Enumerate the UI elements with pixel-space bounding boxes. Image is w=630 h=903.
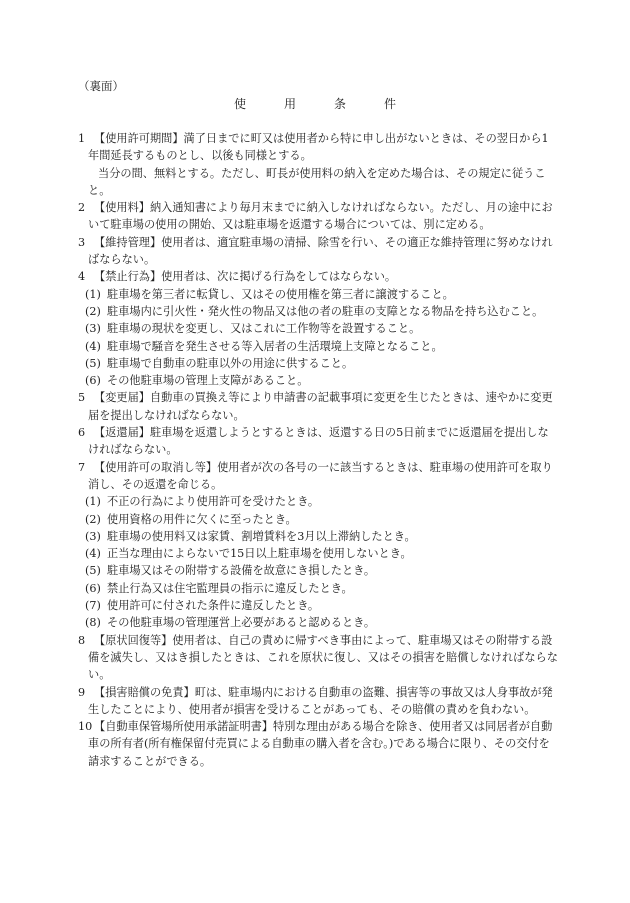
sub-item-text: 駐車場で自動車の駐車以外の用途に供すること。	[107, 357, 353, 370]
sub-item-number: (4)	[85, 338, 107, 355]
sub-item: (5)駐車場又はその附帯する設備を故意にき損したとき。	[78, 562, 558, 579]
sub-item: (4)正当な理由によらないで15日以上駐車場を使用しないとき。	[78, 545, 558, 562]
clause-heading: 【維持管理】	[94, 236, 161, 249]
sub-item-text: 駐車場内に引火性・発火性の物品又は他の者の駐車の支障となる物品を持ち込むこと。	[107, 305, 543, 318]
sub-item: (6)禁止行為又は住宅監理員の指示に違反したとき。	[78, 580, 558, 597]
sub-item-text: 不正の行為により使用許可を受けたとき。	[107, 495, 319, 508]
sub-item-text: 使用許可に付された条件に違反したとき。	[107, 599, 319, 612]
sub-item-number: (1)	[85, 493, 107, 510]
sub-item-text: 駐車場又はその附帯する設備を故意にき損したとき。	[107, 564, 375, 577]
clause-text: 自動車の買換え等により申請書の記載事項に変更を生じたときは、速やかに変更届を提出…	[88, 391, 553, 421]
sub-item: (5)駐車場で自動車の駐車以外の用途に供すること。	[78, 355, 558, 372]
sub-item: (1)不正の行為により使用許可を受けたとき。	[78, 493, 558, 510]
clause-7: 7【使用許可の取消し等】使用者が次の各号の一に該当するときは、駐車場の使用許可を…	[78, 459, 558, 494]
sub-item-number: (5)	[85, 562, 107, 579]
title-char: 用	[284, 96, 296, 112]
clause-number: 7	[78, 459, 90, 476]
sub-item-number: (3)	[85, 528, 107, 545]
clause-heading: 【返還届】	[94, 426, 150, 439]
clause-heading: 【使用料】	[94, 201, 150, 214]
clause-heading: 【損害賠償の免責】	[94, 686, 195, 699]
sub-item-text: 駐車場を第三者に転貸し、又はその使用権を第三者に譲渡すること。	[107, 288, 454, 301]
title-char: 件	[384, 96, 396, 112]
sub-item-text: その他駐車場の管理運営上必要があると認めるとき。	[107, 616, 375, 629]
page-title: 使用条件	[0, 96, 630, 112]
sub-item-number: (7)	[85, 597, 107, 614]
clause-heading: 【禁止行為】	[94, 270, 161, 283]
clause-number: 6	[78, 424, 90, 441]
sub-item-text: 禁止行為又は住宅監理員の指示に違反したとき。	[107, 582, 353, 595]
sub-item-text: 駐車場で騒音を発生させる等入居者の生活環境上支障となること。	[107, 340, 443, 353]
sub-item-text: その他駐車場の管理上支障があること。	[107, 374, 308, 387]
clause-number: 9	[78, 684, 90, 701]
sub-item-number: (2)	[85, 303, 107, 320]
clause-heading: 【原状回復等】	[94, 634, 172, 647]
sub-item-number: (4)	[85, 545, 107, 562]
sub-item-text: 使用資格の用件に欠くに至ったとき。	[107, 513, 297, 526]
sub-item-number: (6)	[85, 580, 107, 597]
clause-2: 2【使用料】納入通知書により毎月末までに納入しなければならない。ただし、月の途中…	[78, 199, 558, 234]
sub-item: (2)駐車場内に引火性・発火性の物品又は他の者の駐車の支障となる物品を持ち込むこ…	[78, 303, 558, 320]
clause-number: 10	[78, 718, 90, 735]
sub-item: (8)その他駐車場の管理運営上必要があると認めるとき。	[78, 614, 558, 631]
sub-item-number: (8)	[85, 614, 107, 631]
title-char: 使	[234, 96, 246, 112]
sub-item-number: (5)	[85, 355, 107, 372]
sub-item: (3)駐車場の使用料又は家賃、割増賃料を3月以上滞納したとき。	[78, 528, 558, 545]
terms-content: 1【使用許可期間】満了日までに町又は使用者から特に申し出がないときは、その翌日か…	[78, 130, 558, 770]
sub-item: (7)使用許可に付された条件に違反したとき。	[78, 597, 558, 614]
clause-9: 9【損害賠償の免責】町は、駐車場内における自動車の盗難、損害等の事故又は人身事故…	[78, 684, 558, 719]
clause-text: 駐車場を返還しようとするときは、返還する日の5日前までに返還届を提出しなければな…	[88, 426, 549, 456]
sub-item-text: 正当な理由によらないで15日以上駐車場を使用しないとき。	[107, 547, 412, 560]
clause-10: 10【自動車保管場所使用承諾証明書】特別な理由がある場合を除き、使用者又は同居者…	[78, 718, 558, 770]
clause-heading: 【使用許可期間】	[94, 132, 184, 145]
sub-item: (2)使用資格の用件に欠くに至ったとき。	[78, 511, 558, 528]
sub-item: (1)駐車場を第三者に転貸し、又はその使用権を第三者に譲渡すること。	[78, 286, 558, 303]
clause-1: 1【使用許可期間】満了日までに町又は使用者から特に申し出がないときは、その翌日か…	[78, 130, 558, 165]
clause-4: 4【禁止行為】使用者は、次に掲げる行為をしてはならない。	[78, 268, 558, 285]
title-char: 条	[334, 96, 346, 112]
clause-5: 5【変更届】自動車の買換え等により申請書の記載事項に変更を生じたときは、速やかに…	[78, 389, 558, 424]
sub-item-number: (2)	[85, 511, 107, 528]
sub-item: (6)その他駐車場の管理上支障があること。	[78, 372, 558, 389]
clause-heading: 【使用許可の取消し等】	[94, 461, 217, 474]
sub-item-number: (6)	[85, 372, 107, 389]
sub-item-text: 駐車場の現状を変更し、又はこれに工作物等を設置すること。	[107, 322, 420, 335]
clause-1-paragraph: 当分の間、無料とする。ただし、町長が使用料の納入を定めた場合は、その規定に従うこ…	[78, 165, 558, 200]
clause-heading: 【変更届】	[94, 391, 150, 404]
sub-item: (3)駐車場の現状を変更し、又はこれに工作物等を設置すること。	[78, 320, 558, 337]
clause-number: 8	[78, 632, 90, 649]
sub-item-number: (1)	[85, 286, 107, 303]
clause-3: 3【維持管理】使用者は、適宜駐車場の清掃、除雪を行い、その適正な維持管理に努めな…	[78, 234, 558, 269]
clause-number: 2	[78, 199, 90, 216]
sub-item-text: 駐車場の使用料又は家賃、割増賃料を3月以上滞納したとき。	[107, 530, 416, 543]
clause-number: 4	[78, 268, 90, 285]
clause-number: 1	[78, 130, 90, 147]
sub-item: (4)駐車場で騒音を発生させる等入居者の生活環境上支障となること。	[78, 338, 558, 355]
clause-text: 使用者は、次に掲げる行為をしてはならない。	[161, 270, 396, 283]
sub-item-number: (3)	[85, 320, 107, 337]
clause-number: 3	[78, 234, 90, 251]
clause-6: 6【返還届】駐車場を返還しようとするときは、返還する日の5日前までに返還届を提出…	[78, 424, 558, 459]
side-label: （裏面）	[78, 78, 124, 94]
clause-8: 8【原状回復等】使用者は、自己の責めに帰すべき事由によって、駐車場又はその附帯す…	[78, 632, 558, 684]
clause-heading: 【自動車保管場所使用承諾証明書】	[94, 720, 273, 733]
clause-number: 5	[78, 389, 90, 406]
clause-text: 納入通知書により毎月末までに納入しなければならない。ただし、月の途中において駐車…	[88, 201, 553, 231]
